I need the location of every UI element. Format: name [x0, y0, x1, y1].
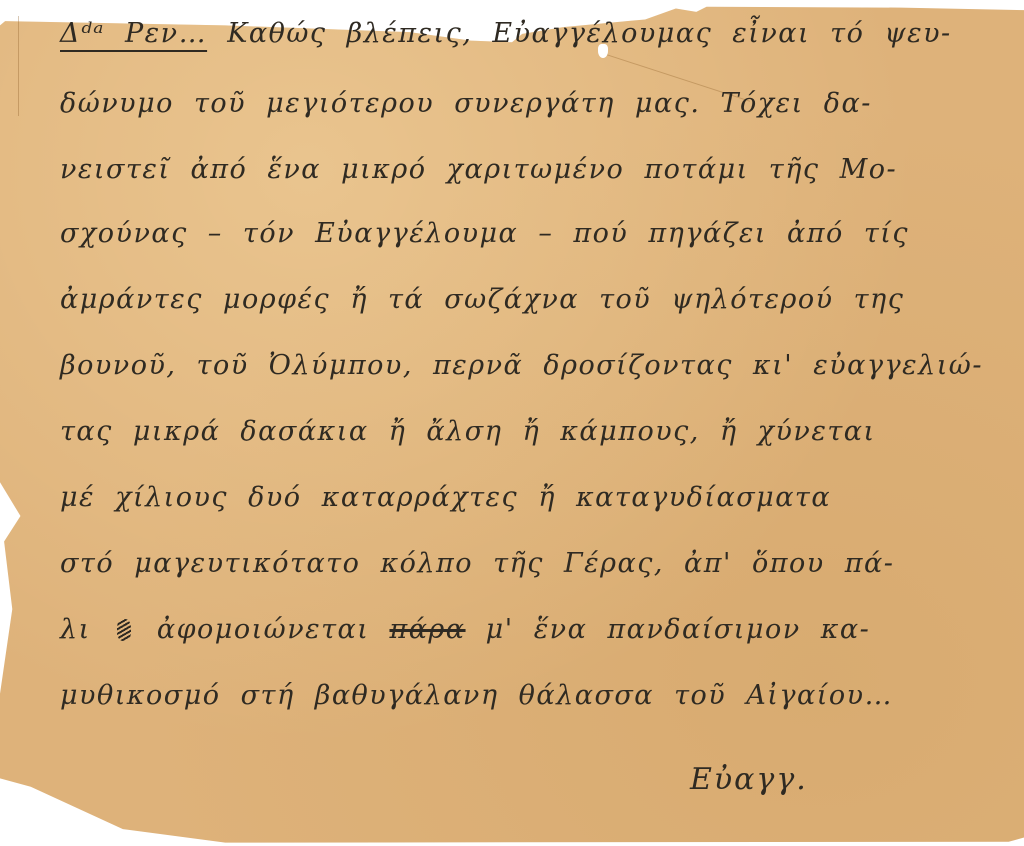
salutation: Δᵈᵃ Ρεν…: [60, 18, 207, 49]
letter-line-2: δώνυμο τοῦ μεγιότερου συνεργάτη μας. Τόχ…: [60, 88, 872, 119]
letter-text: Καθώς βλέπεις, Εὐαγγέλουμας εἶναι τό ψευ…: [227, 18, 951, 49]
letter-text: μ' ἕνα πανδαίσιμον κα-: [486, 614, 871, 645]
struck-out-word: πάρα: [389, 614, 465, 645]
letter-line-3: νειστεῖ ἀπό ἕνα μικρό χαριτωμένο ποτάμι …: [60, 154, 897, 185]
letter-line-9: στό μαγευτικότατο κόλπο τῆς Γέρας, ἀπ' ὅ…: [60, 548, 894, 579]
letter-line-6: βουνοῦ, τοῦ Ὀλύμπου, περνᾶ δροσίζοντας κ…: [60, 350, 983, 381]
letter-line-1: Δᵈᵃ Ρεν… Καθώς βλέπεις, Εὐαγγέλουμας εἶν…: [60, 18, 952, 49]
letter-line-8: μέ χίλιους δυό καταρράχτες ἤ καταγυδίασμ…: [60, 482, 831, 513]
letter-line-11: μυθικοσμό στή βαθυγάλανη θάλασσα τοῦ Αἰγ…: [60, 680, 893, 711]
letter-line-5: ἀμράντες μορφές ἤ τά σωζάχνα τοῦ ψηλότερ…: [60, 284, 904, 315]
letter-line-10: λι ἀφομοιώνεται πάρα μ' ἕνα πανδαίσιμον …: [60, 614, 870, 645]
signature: Εὐαγγ.: [690, 762, 808, 797]
letter-text: λι: [60, 614, 91, 645]
paper-fold-mark: [6, 16, 19, 116]
letter-text: ἀφομοιώνεται: [157, 614, 369, 645]
ink-scribble-mark: [117, 619, 131, 641]
scanned-letter-page: Δᵈᵃ Ρεν… Καθώς βλέπεις, Εὐαγγέλουμας εἶν…: [0, 0, 1024, 846]
letter-line-7: τας μικρά δασάκια ἤ ἄλση ἤ κάμπους, ἤ χύ…: [60, 416, 876, 447]
letter-line-4: σχούνας – τόν Εὐαγγέλουμα – πού πηγάζει …: [60, 218, 909, 249]
